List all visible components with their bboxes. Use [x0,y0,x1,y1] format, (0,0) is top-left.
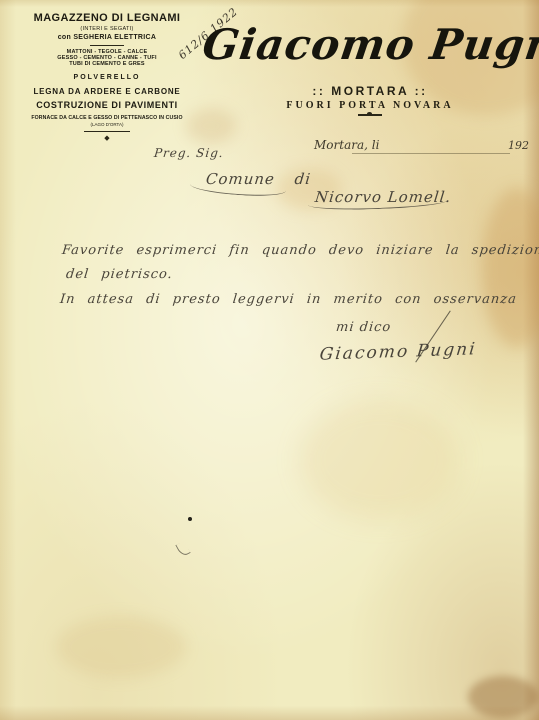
body-line-2: del pietrisco. [65,267,173,282]
letterhead-subtitle: (INTERI E SEGATI) [22,26,192,32]
letterhead-divider [90,45,124,46]
stain-mid-page [300,400,460,520]
body-line-1: Favorite esprimerci fin quando devo iniz… [61,243,539,258]
stain-bottom-left [56,616,186,678]
address-line: FUORI PORTA NOVARA [262,100,478,111]
stain-right-middle [482,188,539,348]
closing-line: mi dico [335,320,392,335]
letterhead-firewood-line: LEGNA DA ARDERE E CARBONE [22,88,192,97]
ink-dot [188,517,192,521]
body-line-3: In attesa di presto leggervi in merito c… [59,292,517,307]
ink-squiggle [175,540,190,557]
scanned-letter-page: MAGAZZENO DI LEGNAMI (INTERI E SEGATI) c… [0,0,539,720]
letterhead-block: MAGAZZENO DI LEGNAMI (INTERI E SEGATI) c… [22,12,192,143]
company-name: Giacomo Pugni [200,20,539,69]
letterhead-lake-line: (LAGO D'ORTA) [22,123,192,128]
letterhead-polverello-line: POLVERELLO [22,74,192,82]
letterhead-divider-bottom [84,131,130,132]
dateline-rule [352,153,510,154]
dateline-year: 192 [508,139,529,152]
salutation: Preg. Sig. [153,146,224,160]
letterhead-flooring-line: COSTRUZIONE DI PAVIMENTI [22,101,192,111]
fleuron-icon: ◆ [22,135,192,143]
header-ornament [358,114,382,116]
stain-bottom-right [468,676,538,718]
signature: Giacomo Pugni [319,339,478,364]
letterhead-materials-3: TUBI DI CEMENTO E GRES [22,61,192,67]
dateline-place: Mortara, li [314,138,379,152]
letterhead-sawmill-line: con SEGHERIA ELETTRICA [22,34,192,42]
letterhead-title: MAGAZZENO DI LEGNAMI [22,12,192,24]
stain-near-letterhead [186,108,236,144]
city-line: :: MORTARA :: [285,84,455,98]
